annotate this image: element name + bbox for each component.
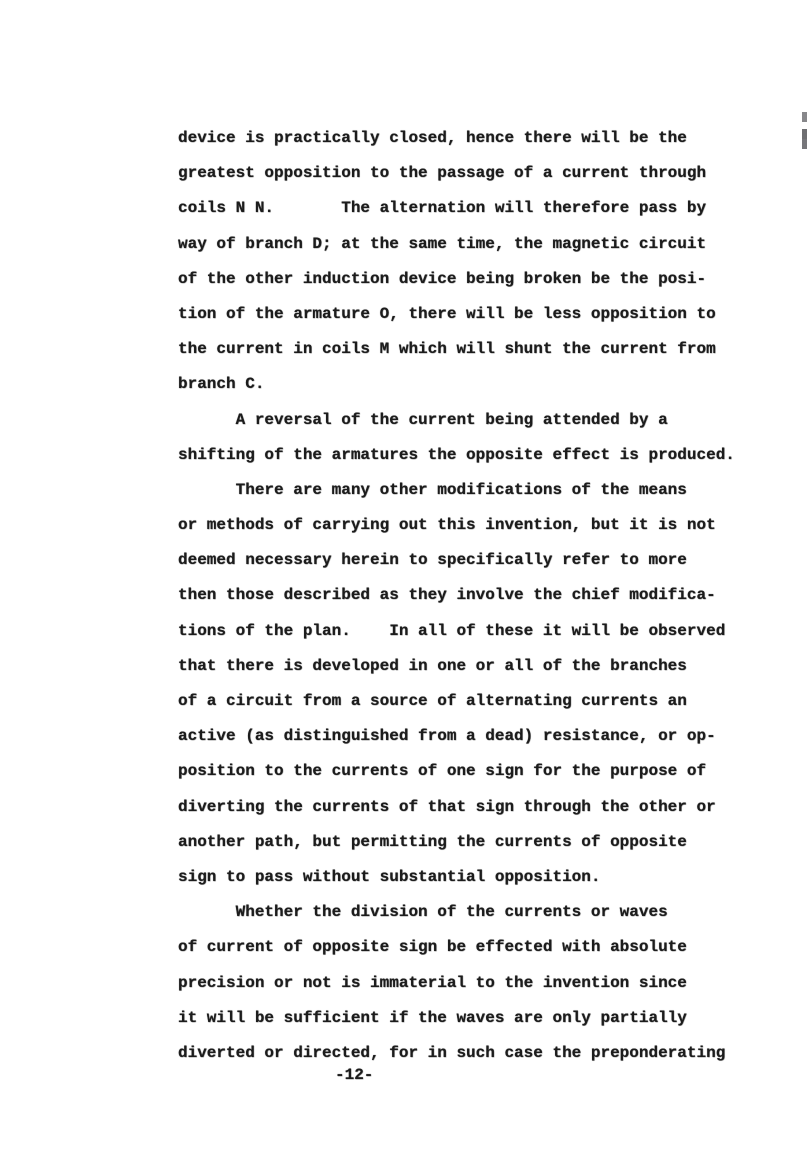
scan-artifact-mark [802,112,807,122]
text-line: Whether the division of the currents or … [178,895,735,930]
text-line: active (as distinguished from a dead) re… [178,719,735,754]
scanned-document-page: device is practically closed, hence ther… [0,0,807,1155]
text-line: diverted or directed, for in such case t… [178,1036,735,1071]
text-line: or methods of carrying out this inventio… [178,508,735,543]
text-line: deemed necessary herein to specifically … [178,543,735,578]
text-line: that there is developed in one or all of… [178,649,735,684]
text-line: tion of the armature O, there will be le… [178,297,735,332]
text-line: diverting the currents of that sign thro… [178,790,735,825]
text-line: shifting of the armatures the opposite e… [178,438,735,473]
text-line: of current of opposite sign be effected … [178,930,735,965]
text-line: way of branch D; at the same time, the m… [178,227,735,262]
text-line: sign to pass without substantial opposit… [178,860,735,895]
text-line: of a circuit from a source of alternatin… [178,684,735,719]
text-line: it will be sufficient if the waves are o… [178,1001,735,1036]
text-line: There are many other modifications of th… [178,473,735,508]
text-line: then those described as they involve the… [178,578,735,613]
text-line: tions of the plan. In all of these it wi… [178,614,735,649]
text-line: the current in coils M which will shunt … [178,332,735,367]
text-line: device is practically closed, hence ther… [178,121,735,156]
page-number: -12- [335,1066,373,1084]
text-line: A reversal of the current being attended… [178,403,735,438]
text-block: device is practically closed, hence ther… [178,121,735,1071]
text-line: greatest opposition to the passage of a … [178,156,735,191]
text-line: another path, but permitting the current… [178,825,735,860]
text-line: coils N N. The alternation will therefor… [178,191,735,226]
text-line: branch C. [178,367,735,402]
text-line: precision or not is immaterial to the in… [178,966,735,1001]
text-line: position to the currents of one sign for… [178,754,735,789]
text-line: of the other induction device being brok… [178,262,735,297]
